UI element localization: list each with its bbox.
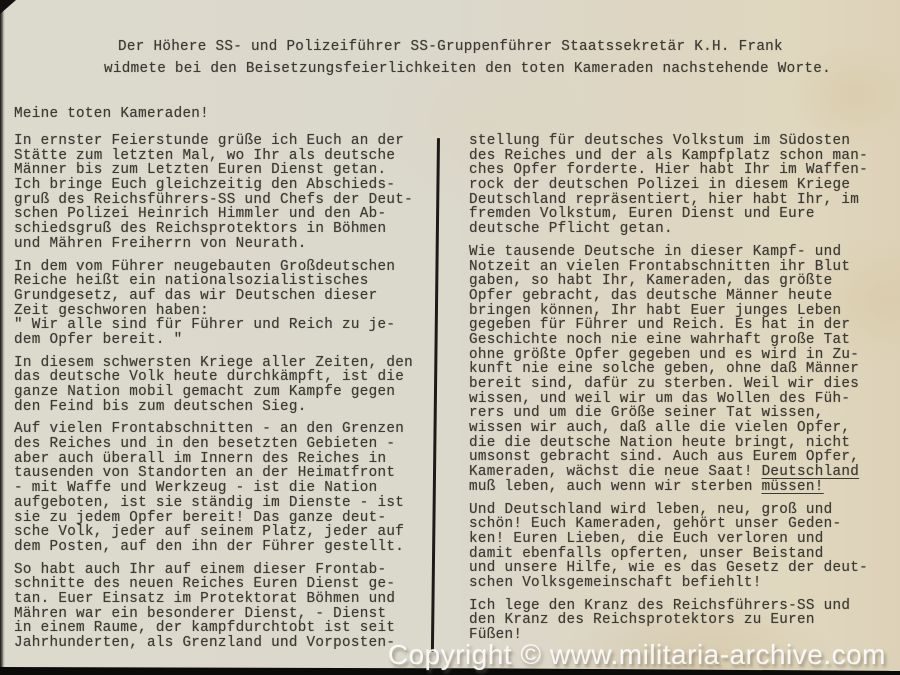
text-line: In dem vom Führer neugebauten Großdeutsc… [14,260,424,275]
right-text-column: stellung für deutsches Volkstum im Südos… [469,134,879,643]
paragraph: Auf vielen Frontabschnitten - an den Gre… [14,422,424,554]
text-line: Opfer gebracht, das deutsche Männer heut… [469,289,879,304]
text-segment: in einem Raume, der kampfdurchtobt ist s… [14,620,395,636]
paragraph: In diesem schwersten Kriege aller Zeiten… [14,356,424,415]
text-line: Grundgesetz, auf das wir Deutschen diese… [14,289,424,304]
text-segment: und Mähren Freiherrn von Neurath. [14,236,307,252]
text-line: schön! Euch Kameraden, gehört unser Gede… [469,517,879,532]
text-segment: das deutsche Volk heute durchkämpft, ist… [14,369,404,385]
left-text-column: In ernster Feierstunde grüße ich Euch an… [14,134,424,651]
text-segment: Opfer gebracht, das deutsche Männer heut… [469,288,833,304]
text-segment: stellung für deutsches Volkstum im Südos… [469,133,850,149]
text-line: den Feind bis zum deutschen Sieg. [14,400,424,415]
text-line: rers und um die Größe seiner Tat wissen, [469,406,879,421]
paragraph: In ernster Feierstunde grüße ich Euch an… [14,134,424,252]
text-line: Jahrhunderten, als Grenzland und Vorpost… [14,636,424,651]
text-segment: rock der deutschen Polizei in diesem Kri… [469,177,850,193]
text-line: schnitte des neuen Reiches Euren Dienst … [14,577,424,592]
text-line: den Kranz des Reichsprotektors zu Euren [469,613,879,628]
text-line: sie zu jedem Opfer bereit! Das ganze deu… [14,511,424,526]
text-segment: kunft nie eine solche geben, ohne daß Mä… [469,361,859,377]
text-segment: schiedsgruß des Reichsprotektors in Böhm… [14,221,386,237]
text-line: ganze Nation mobil gemacht zum Kampfe ge… [14,385,424,400]
text-line: schiedsgruß des Reichsprotektors in Böhm… [14,222,424,237]
text-segment: bereit sind, dafür zu sterben. Weil wir … [469,376,859,392]
salutation: Meine toten Kameraden! [14,107,209,122]
text-line: tausenden von Standorten an der Heimatfr… [14,466,424,481]
text-segment: sche Volk, jeder auf seinem Platz, jeder… [14,524,404,540]
text-line: Auf vielen Frontabschnitten - an den Gre… [14,422,424,437]
text-line: Männer bis zum Letzten Euren Dienst geta… [14,163,424,178]
underlined-text: Deutschland [762,464,860,480]
text-line: dem Opfer bereit. " [14,333,424,348]
text-segment: Wie tausende Deutsche in dieser Kampf- u… [469,244,841,260]
underlined-text: müssen! [762,479,824,495]
text-line: Und Deutschland wird leben, neu, groß un… [469,503,879,518]
text-segment: den Feind bis zum deutschen Sieg. [14,399,307,415]
paragraph: Ich lege den Kranz des Reichsführers-SS … [469,599,879,643]
text-segment: den Kranz des Reichsprotektors zu Euren [469,612,815,628]
text-segment: Jahrhunderten, als Grenzland und Vorpost… [14,635,395,651]
text-segment: rers und um die Größe seiner Tat wissen, [469,405,824,421]
text-line: dem Posten, auf den ihn der Führer geste… [14,540,424,555]
text-line: muß leben, auch wenn wir sterben müssen! [469,480,879,495]
text-segment: muß leben, auch wenn wir sterben [469,479,762,495]
text-segment: schen Volksgemeinschaft befiehlt! [469,575,762,591]
text-segment: aufgeboten, ist sie ständig im Dienste -… [14,495,404,511]
text-segment: ches Opfer forderte. Hier habt Ihr im Wa… [469,162,868,178]
text-line: schen Volksgemeinschaft befiehlt! [469,576,879,591]
text-segment: Männer bis zum Letzten Euren Dienst geta… [14,162,386,178]
text-segment: Grundgesetz, auf das wir Deutschen diese… [14,288,378,304]
text-line: schen Polizei Heinrich Himmler und den A… [14,207,424,222]
text-line: Ich bringe Euch gleichzeitig den Abschie… [14,178,424,193]
text-line: gaben, so habt Ihr, Kameraden, das größt… [469,274,879,289]
text-segment: " Wir alle sind für Führer und Reich zu … [14,317,395,333]
text-line: - mit Waffe und Werkzeug - ist die Natio… [14,481,424,496]
text-line: in einem Raume, der kampfdurchtobt ist s… [14,621,424,636]
text-segment: dem Opfer bereit. " [14,332,182,348]
text-line: das deutsche Volk heute durchkämpft, ist… [14,370,424,385]
paragraph: Und Deutschland wird leben, neu, groß un… [469,503,879,591]
text-segment: wissen wir auch, daß alle die vielen Opf… [469,420,850,436]
paragraph: Wie tausende Deutsche in dieser Kampf- u… [469,245,879,495]
text-line: kunft nie eine solche geben, ohne daß Mä… [469,362,879,377]
text-line: fremden Volkstum, Euren Dienst und Eure [469,207,879,222]
paragraph: So habt auch Ihr auf einem dieser Fronta… [14,563,424,651]
text-line: ken! Euren Lieben, die Euch verloren und [469,532,879,547]
text-segment: gegeben für Führer und Reich. Es hat in … [469,317,850,333]
text-line: Wie tausende Deutsche in dieser Kampf- u… [469,245,879,260]
text-segment: Kameraden, wächst die neue Saat! [469,464,762,480]
text-segment: Geschichte noch nie eine wahrhaft große … [469,332,850,348]
text-line: ches Opfer forderte. Hier habt Ihr im Wa… [469,163,879,178]
text-line: und Mähren Freiherrn von Neurath. [14,237,424,252]
text-line: Notzeit an vielen Frontabschnitten ihr B… [469,260,879,275]
text-line: Geschichte noch nie eine wahrhaft große … [469,333,879,348]
text-segment: gaben, so habt Ihr, Kameraden, das größt… [469,273,833,289]
text-line: Kameraden, wächst die neue Saat! Deutsch… [469,465,879,480]
document-header-line-2: widmete bei den Beisetzungsfeierlichkeit… [104,62,831,77]
text-segment: deutsche Pflicht getan. [469,221,673,237]
text-line: In ernster Feierstunde grüße ich Euch an… [14,134,424,149]
text-line: aufgeboten, ist sie ständig im Dienste -… [14,496,424,511]
paragraph: stellung für deutsches Volkstum im Südos… [469,134,879,237]
paragraph: In dem vom Führer neugebauten Großdeutsc… [14,260,424,348]
text-segment: Ich bringe Euch gleichzeitig den Abschie… [14,177,395,193]
text-line: wissen wir auch, daß alle die vielen Opf… [469,421,879,436]
text-line: deutsche Pflicht getan. [469,222,879,237]
text-segment: - mit Waffe und Werkzeug - ist die Natio… [14,480,378,496]
text-segment: In ernster Feierstunde grüße ich Euch an… [14,133,404,149]
text-segment: ken! Euren Lieben, die Euch verloren und [469,531,824,547]
text-line: rock der deutschen Polizei in diesem Kri… [469,178,879,193]
text-segment: tan. Euer Einsatz im Protektorat Böhmen … [14,591,395,607]
text-segment: und unsere Hilfe, wie es das Gesetz der … [469,560,868,576]
text-line: tan. Euer Einsatz im Protektorat Böhmen … [14,592,424,607]
scanned-document: Der Höhere SS- und Polizeiführer SS-Grup… [0,0,900,675]
text-line: sche Volk, jeder auf seinem Platz, jeder… [14,525,424,540]
text-line: des Reiches und in den besetzten Gebiete… [14,437,424,452]
text-segment: schnitte des neuen Reiches Euren Dienst … [14,576,395,592]
text-line: stellung für deutsches Volkstum im Südos… [469,134,879,149]
document-header-line-1: Der Höhere SS- und Polizeiführer SS-Grup… [118,40,783,55]
copyright-watermark: Copyright © www.militaria-archive.com [388,639,886,671]
text-segment: Reiche heißt ein nationalsozialistisches [14,273,369,289]
text-line: Reiche heißt ein nationalsozialistisches [14,274,424,289]
text-segment: Auf vielen Frontabschnitten - an den Gre… [14,421,404,437]
text-segment: des Reiches und in den besetzten Gebiete… [14,436,395,452]
text-line: gegeben für Führer und Reich. Es hat in … [469,318,879,333]
text-line: " Wir alle sind für Führer und Reich zu … [14,318,424,333]
text-line: umsonst gebracht sind. Auch aus Eurem Op… [469,450,879,465]
text-segment: schön! Euch Kameraden, gehört unser Gede… [469,516,841,532]
text-segment: ganze Nation mobil gemacht zum Kampfe ge… [14,384,395,400]
text-segment: dem Posten, auf den ihn der Führer geste… [14,539,404,555]
scan-edge-left [0,0,5,675]
text-line: und unsere Hilfe, wie es das Gesetz der … [469,561,879,576]
text-line: bereit sind, dafür zu sterben. Weil wir … [469,377,879,392]
